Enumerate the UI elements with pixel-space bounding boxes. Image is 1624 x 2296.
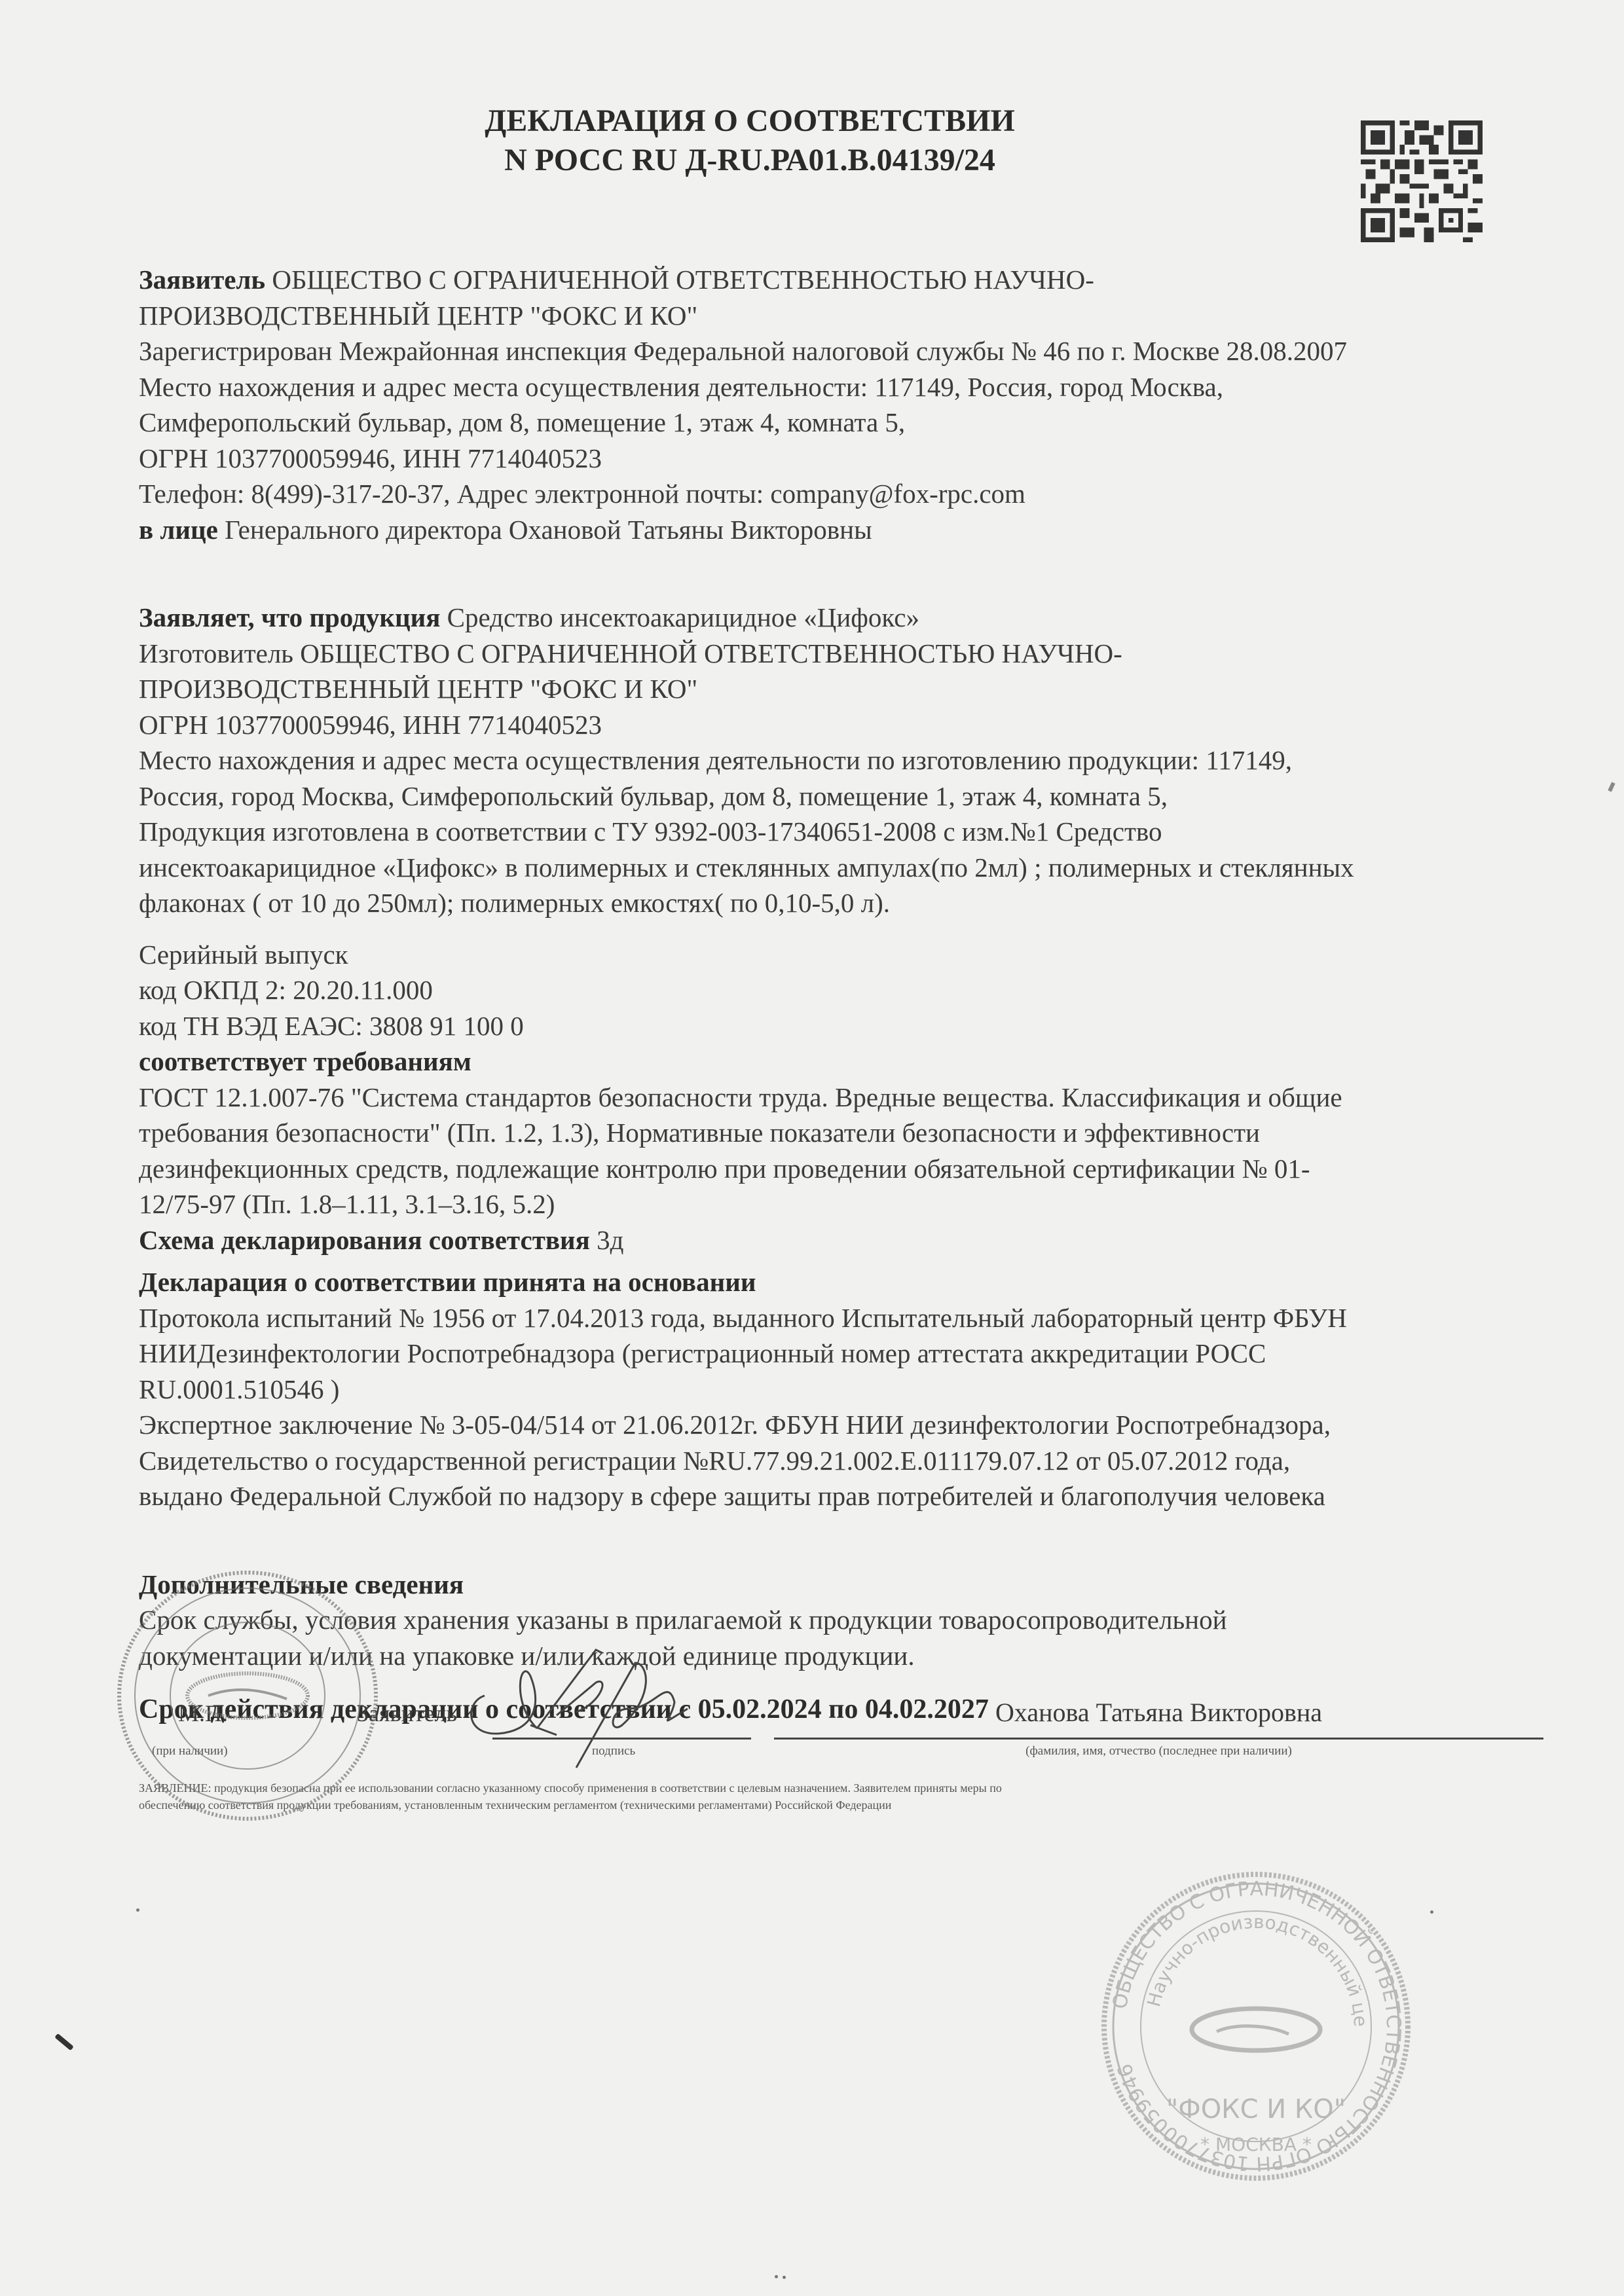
- product-section: Заявляет, что продукция Средство инсекто…: [139, 600, 1534, 1044]
- applicant-address-line1: Место нахождения и адрес места осуществл…: [139, 369, 1534, 405]
- applicant-name-line1: ОБЩЕСТВО С ОГРАНИЧЕННОЙ ОТВЕТСТВЕННОСТЬЮ…: [272, 264, 1094, 295]
- declaration-page: ДЕКЛАРАЦИЯ О СООТВЕТСТВИИ N РОСС RU Д-RU…: [0, 0, 1624, 2296]
- requirements-line2: требования безопасности" (Пп. 1.2, 1.3),…: [139, 1115, 1534, 1151]
- svg-text:"ФОКС И КО": "ФОКС И КО": [1166, 2094, 1346, 2124]
- svg-text:* МОСКВА *: * МОСКВА *: [1200, 2134, 1312, 2155]
- basis-line6: выдано Федеральной Службой по надзору в …: [139, 1478, 1534, 1514]
- scan-artifact: [783, 2276, 786, 2279]
- company-stamp-left-icon: [110, 1565, 385, 1827]
- represented-label: в лице: [139, 515, 218, 545]
- applicant-name-line2: ПРОИЗВОДСТВЕННЫЙ ЦЕНТР "ФОКС И КО": [139, 298, 1534, 334]
- title-heading: ДЕКЛАРАЦИЯ О СООТВЕТСТВИИ: [0, 101, 1500, 141]
- basis-line5: Свидетельство о государственной регистра…: [139, 1443, 1534, 1479]
- made-per-line1: Продукция изготовлена в соответствии с Т…: [139, 814, 1534, 850]
- scan-artifact: [54, 2033, 74, 2051]
- made-per-line2: инсектоакарицидное «Цифокс» в полимерных…: [139, 850, 1534, 886]
- handwritten-signature-icon: [458, 1637, 760, 1774]
- okpd2-code: код ОКПД 2: 20.20.11.000: [139, 972, 1534, 1008]
- scheme-label: Схема декларирования соответствия: [139, 1225, 590, 1255]
- manufacturer-ogrn-inn: ОГРН 1037700059946, ИНН 7714040523: [139, 707, 1534, 743]
- applicant-registration: Зарегистрирован Межрайонная инспекция Фе…: [139, 333, 1534, 369]
- requirements-section: соответствует требованиям ГОСТ 12.1.007-…: [139, 1044, 1534, 1258]
- qr-code-icon: [1361, 120, 1483, 242]
- requirements-line1: ГОСТ 12.1.007-76 "Система стандартов без…: [139, 1080, 1534, 1116]
- manufacturer-line1: Изготовитель ОБЩЕСТВО С ОГРАНИЧЕННОЙ ОТВ…: [139, 636, 1534, 672]
- production-address-line1: Место нахождения и адрес места осуществл…: [139, 742, 1534, 778]
- name-caption: (фамилия, имя, отчество (последнее при н…: [774, 1744, 1543, 1758]
- represented-by: Генерального директора Охановой Татьяны …: [225, 515, 872, 545]
- company-stamp-right-icon: ОБЩЕСТВО С ОГРАНИЧЕННОЙ ОТВЕТСТВЕННОСТЬЮ…: [1092, 1863, 1420, 2190]
- basis-line3: RU.0001.510546 ): [139, 1372, 1534, 1408]
- manufacturer-line2: ПРОИЗВОДСТВЕННЫЙ ЦЕНТР "ФОКС И КО": [139, 671, 1534, 707]
- applicant-contacts: Телефон: 8(499)-317-20-37, Адрес электро…: [139, 476, 1534, 512]
- basis-line2: НИИДезинфектологии Роспотребнадзора (рег…: [139, 1336, 1534, 1372]
- signer-name: Оханова Татьяна Викторовна: [774, 1697, 1543, 1728]
- scheme-value: 3д: [597, 1225, 623, 1255]
- document-title: ДЕКЛАРАЦИЯ О СООТВЕТСТВИИ N РОСС RU Д-RU…: [0, 101, 1500, 180]
- made-per-line3: флаконах ( от 10 до 250мл); полимерных е…: [139, 885, 1534, 921]
- requirements-line4: 12/75-97 (Пп. 1.8–1.11, 3.1–3.16, 5.2): [139, 1186, 1534, 1222]
- scan-artifact: [136, 1908, 139, 1912]
- declaration-number: N РОСС RU Д-RU.РА01.В.04139/24: [0, 141, 1500, 180]
- applicant-section: Заявитель ОБЩЕСТВО С ОГРАНИЧЕННОЙ ОТВЕТС…: [139, 262, 1534, 547]
- declares-label: Заявляет, что продукция: [139, 602, 440, 632]
- applicant-label: Заявитель: [139, 264, 265, 295]
- document-body: Заявитель ОБЩЕСТВО С ОГРАНИЧЕННОЙ ОТВЕТС…: [139, 262, 1534, 1728]
- basis-label: Декларация о соответствии принята на осн…: [139, 1264, 1534, 1300]
- scan-artifact: [775, 2275, 778, 2278]
- tnved-code: код ТН ВЭД ЕАЭС: 3808 91 100 0: [139, 1008, 1534, 1044]
- release-type: Серийный выпуск: [139, 937, 1534, 973]
- basis-line4: Экспертное заключение № 3-05-04/514 от 2…: [139, 1407, 1534, 1443]
- scan-artifact: [1430, 1910, 1433, 1914]
- production-address-line2: Россия, город Москва, Симферопольский бу…: [139, 778, 1534, 814]
- basis-line1: Протокола испытаний № 1956 от 17.04.2013…: [139, 1300, 1534, 1336]
- applicant-address-line2: Симферопольский бульвар, дом 8, помещени…: [139, 405, 1534, 441]
- product-name: Средство инсектоакарицидное «Цифокс»: [447, 602, 919, 632]
- applicant-ogrn-inn: ОГРН 1037700059946, ИНН 7714040523: [139, 441, 1534, 477]
- requirements-label: соответствует требованиям: [139, 1044, 1534, 1080]
- requirements-line3: дезинфекционных средств, подлежащие конт…: [139, 1151, 1534, 1187]
- name-line: [774, 1738, 1543, 1740]
- scan-artifact: [1608, 782, 1615, 792]
- basis-section: Декларация о соответствии принята на осн…: [139, 1264, 1534, 1514]
